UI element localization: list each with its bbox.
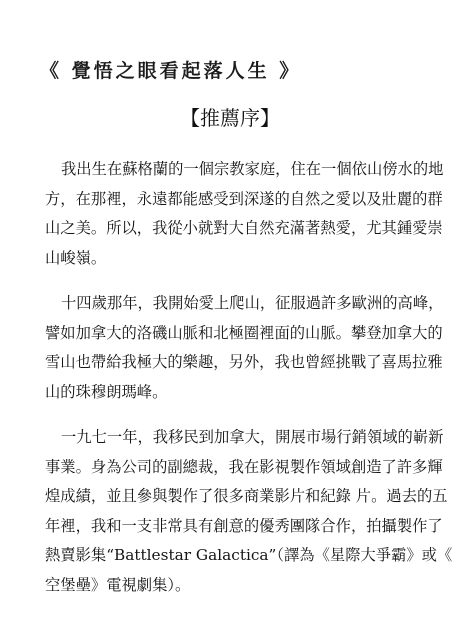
section-title: 【推薦序】 — [0, 104, 452, 132]
paragraph-1: 我出生在蘇格蘭的一個宗教家庭，住在一個依山傍水的地 方，在那裡，永遠都能感受到深… — [45, 155, 409, 273]
paragraph-line: 山之美。所以，我從小就對大自然充滿著熱愛，尤其鍾愛崇 — [45, 214, 409, 244]
paragraph-line: 空堡壘》電視劇集）。 — [45, 571, 409, 601]
paragraph-line: 譬如加拿大的洛磯山脈和北極圈裡面的山脈。攀登加拿大的 — [45, 319, 409, 349]
paragraph-line: 事業。身為公司的副總裁，我在影視製作領域創造了許多輝 — [45, 453, 409, 483]
paragraph-3: 一九七一年，我移民到加拿大，開展市場行銷領域的嶄新 事業。身為公司的副總裁，我在… — [45, 423, 409, 600]
document-page: 《 覺悟之眼看起落人生 》 【推薦序】 我出生在蘇格蘭的一個宗教家庭，住在一個依… — [0, 0, 452, 640]
paragraph-line: 十四歲那年，我開始愛上爬山，征服過許多歐洲的高峰， — [45, 289, 409, 319]
book-title: 《 覺悟之眼看起落人生 》 — [40, 58, 301, 84]
paragraph-line: 一九七一年，我移民到加拿大，開展市場行銷領域的嶄新 — [45, 423, 409, 453]
paragraph-line: 煌成績，並且參與製作了很多商業影片和紀錄 片。過去的五 — [45, 482, 409, 512]
paragraph-line: 年裡，我和一支非常具有創意的優秀團隊合作，拍攝製作了 — [45, 512, 409, 542]
paragraph-2: 十四歲那年，我開始愛上爬山，征服過許多歐洲的高峰， 譬如加拿大的洛磯山脈和北極圈… — [45, 289, 409, 407]
paragraph-line: 山的珠穆朗瑪峰。 — [45, 378, 409, 408]
paragraph-line: 方，在那裡，永遠都能感受到深遂的自然之愛以及壯麗的群 — [45, 185, 409, 215]
paragraph-line: 我出生在蘇格蘭的一個宗教家庭，住在一個依山傍水的地 — [45, 155, 409, 185]
paragraph-line: 山峻嶺。 — [45, 244, 409, 274]
paragraph-line: 熱賣影集“Battlestar Galactica”（譯為《星際大爭霸》或《太 — [45, 541, 409, 571]
paragraph-line: 雪山也帶給我極大的樂趣，另外，我也曾經挑戰了喜馬拉雅 — [45, 348, 409, 378]
